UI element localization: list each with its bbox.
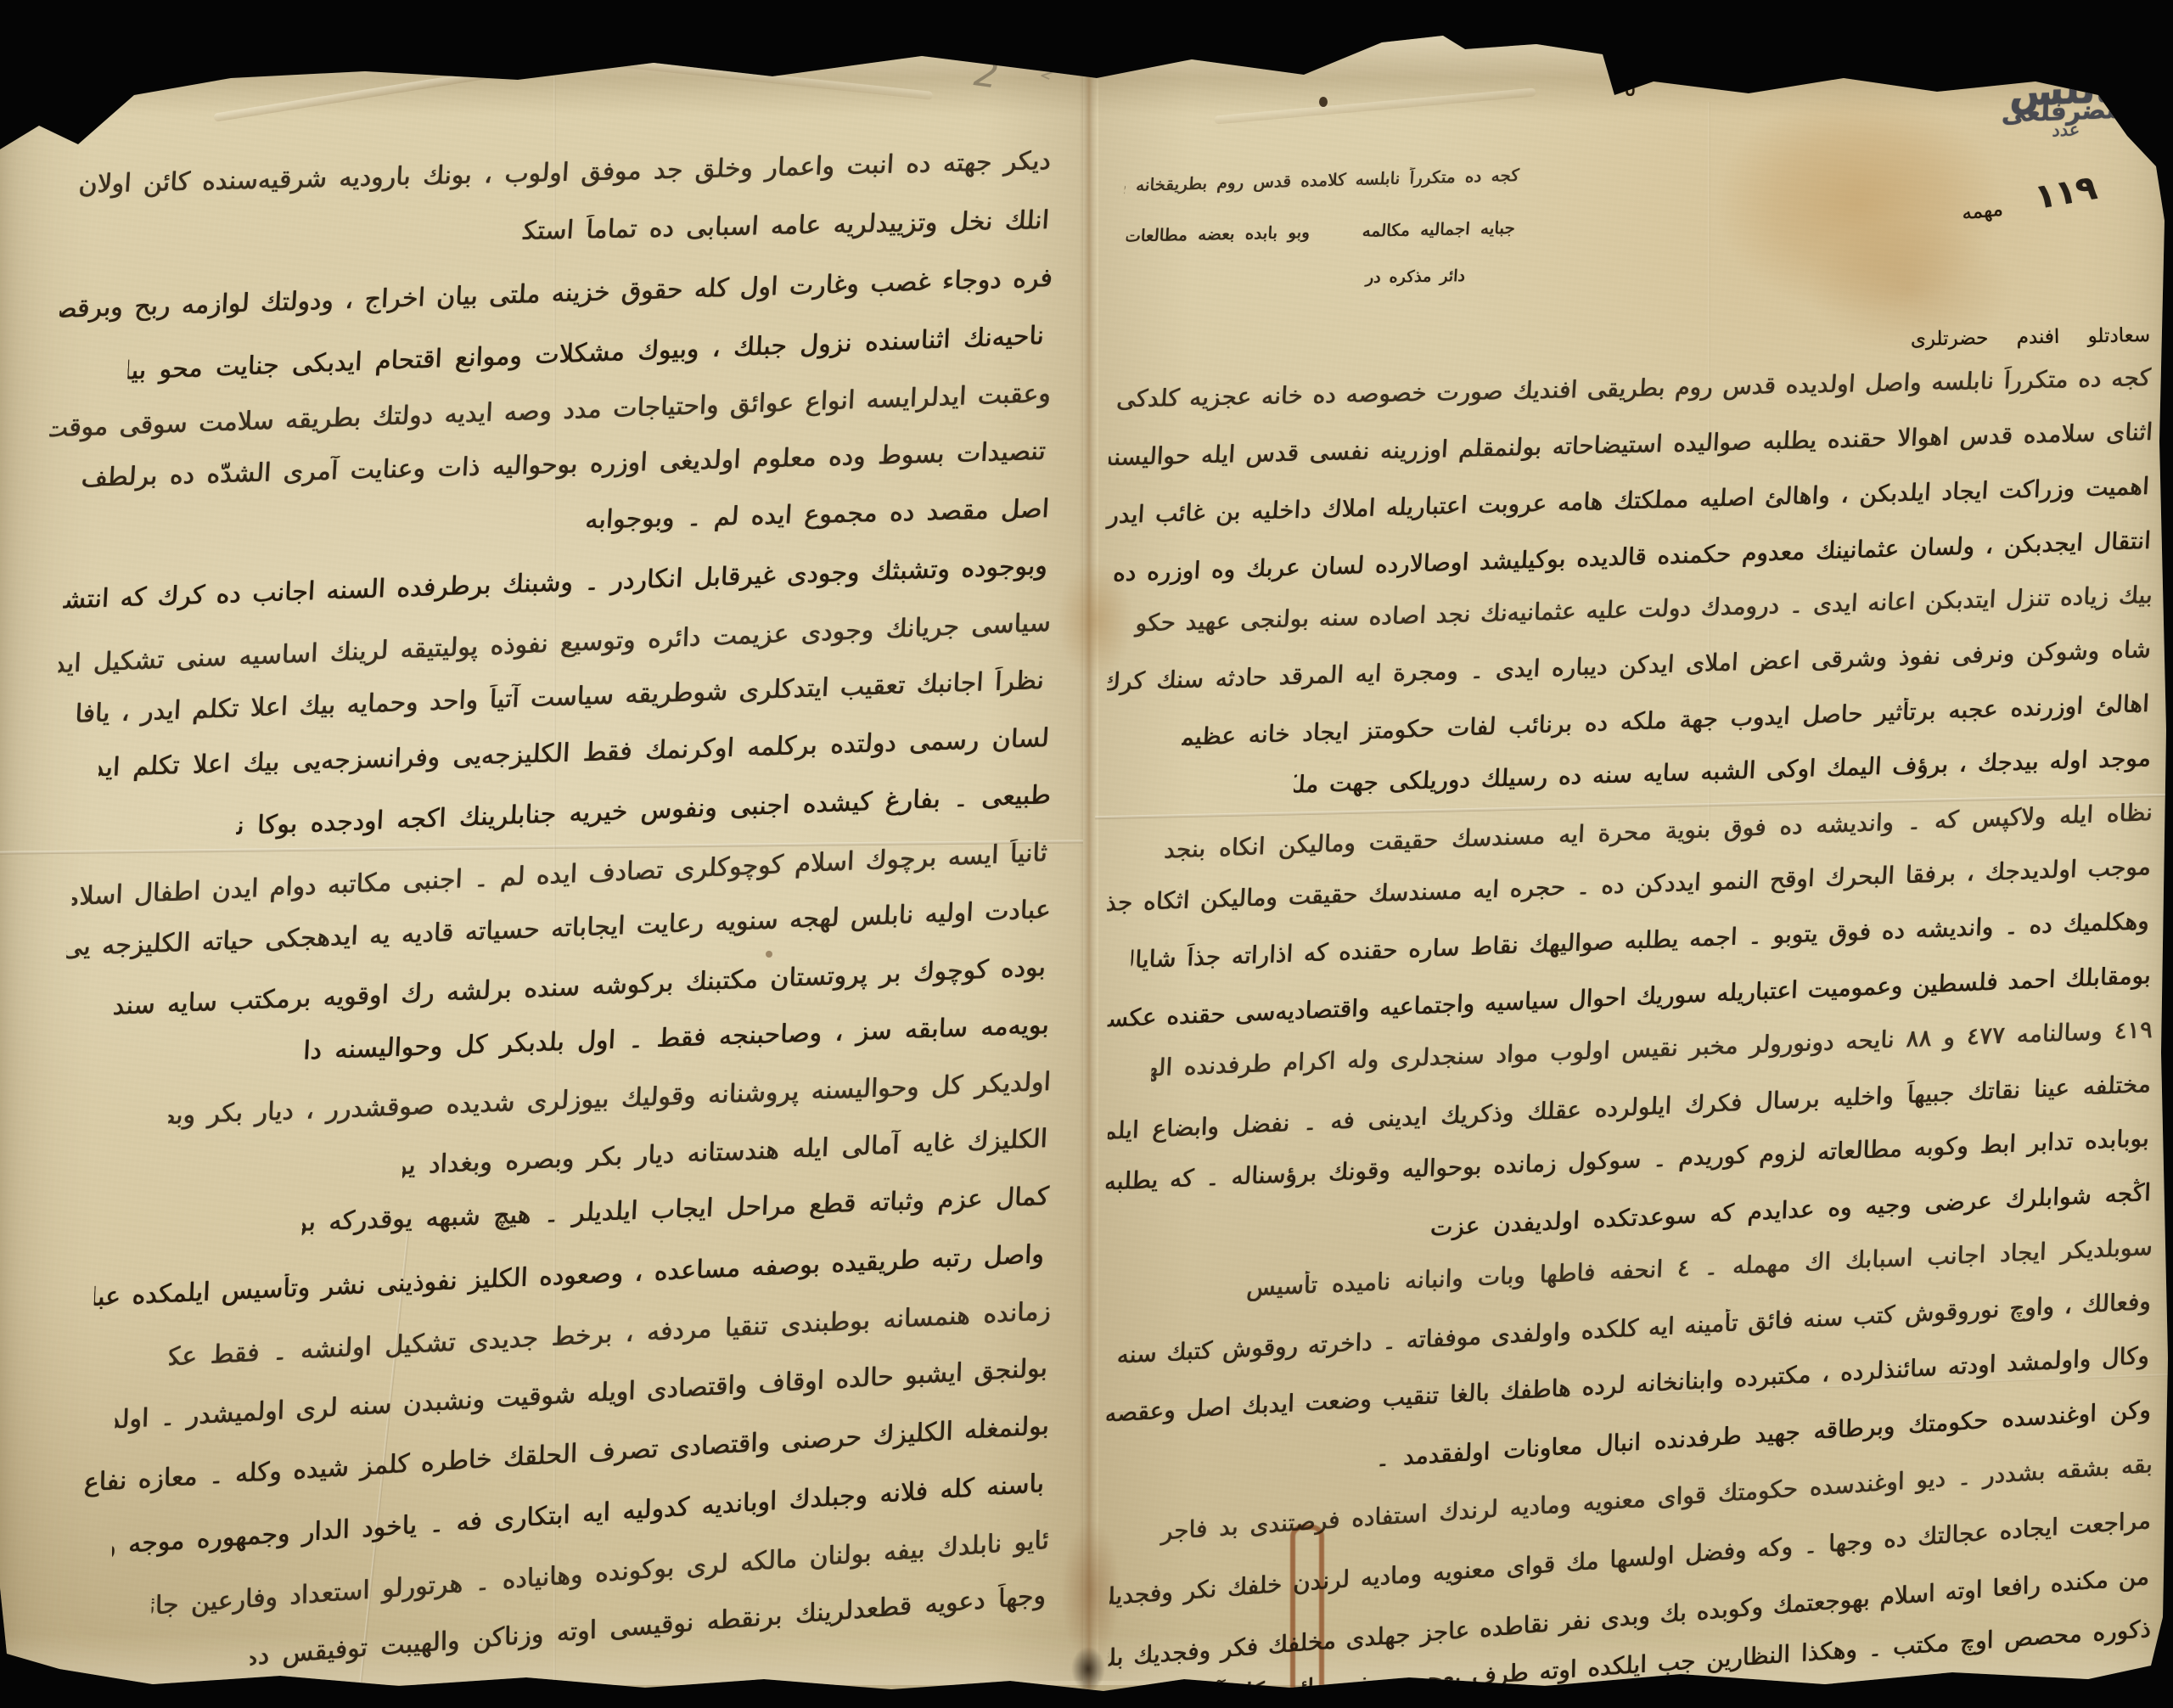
ink-blot [1319,97,1328,107]
page-number-ink: 2 [48,58,79,107]
rust-hairpin-mark [1290,1525,1324,1693]
fold-bottom-ink-mark [1071,1647,1105,1691]
photo-background: 2 2 2 2 ٥ نابلس متصرفلغى عدد ١١٩ مهمه سع… [0,0,2173,1708]
official-seal: نابلس متصرفلغى عدد [1990,72,2142,177]
center-fold-crease [1080,51,1098,1689]
ink-speck [766,951,772,958]
salutation: سعادتلو افندم حضرتلرى [1895,324,2150,351]
pencil-page-number-small: 2 [970,29,990,57]
manuscript-paper: 2 2 2 2 ٥ نابلس متصرفلغى عدد ١١٩ مهمه سع… [0,0,2173,1708]
folio-mark: ٥ [1625,76,1636,101]
center-fold-shadow-right [1098,68,1192,1681]
annotation-word: مهمه [1961,199,2004,225]
header-line: دائر مذكره در [1350,267,1466,287]
